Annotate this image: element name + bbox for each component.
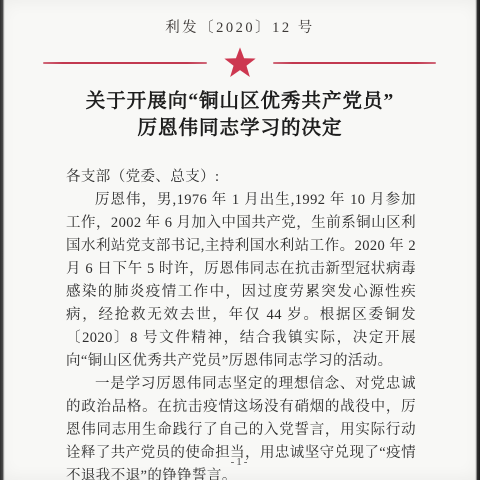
doc-title-line1: 关于开展向“铜山区优秀共产党员” [30,88,450,115]
page-edge-right [475,0,480,480]
doc-number: 利发〔2020〕12 号 [0,0,480,37]
salutation: 各支部（党委、总支）: [66,166,416,189]
body-paragraph-1: 厉恩伟，男,1976 年 1 月出生,1992 年 10 月参加工作，2002 … [66,189,416,373]
doc-title: 关于开展向“铜山区优秀共产党员” 厉恩伟同志学习的决定 [30,88,450,142]
doc-body: 各支部（党委、总支）: 厉恩伟，男,1976 年 1 月出生,1992 年 10… [66,166,416,480]
divider-line-right [273,62,437,65]
doc-title-line2: 厉恩伟同志学习的决定 [30,115,450,142]
divider-line-left [43,62,207,65]
document-page: 利发〔2020〕12 号 关于开展向“铜山区优秀共产党员” 厉恩伟同志学习的决定… [0,0,480,480]
red-divider [43,46,436,80]
star-icon [222,46,258,80]
page-number: -1- [0,456,480,468]
page-edge-left [0,0,5,480]
